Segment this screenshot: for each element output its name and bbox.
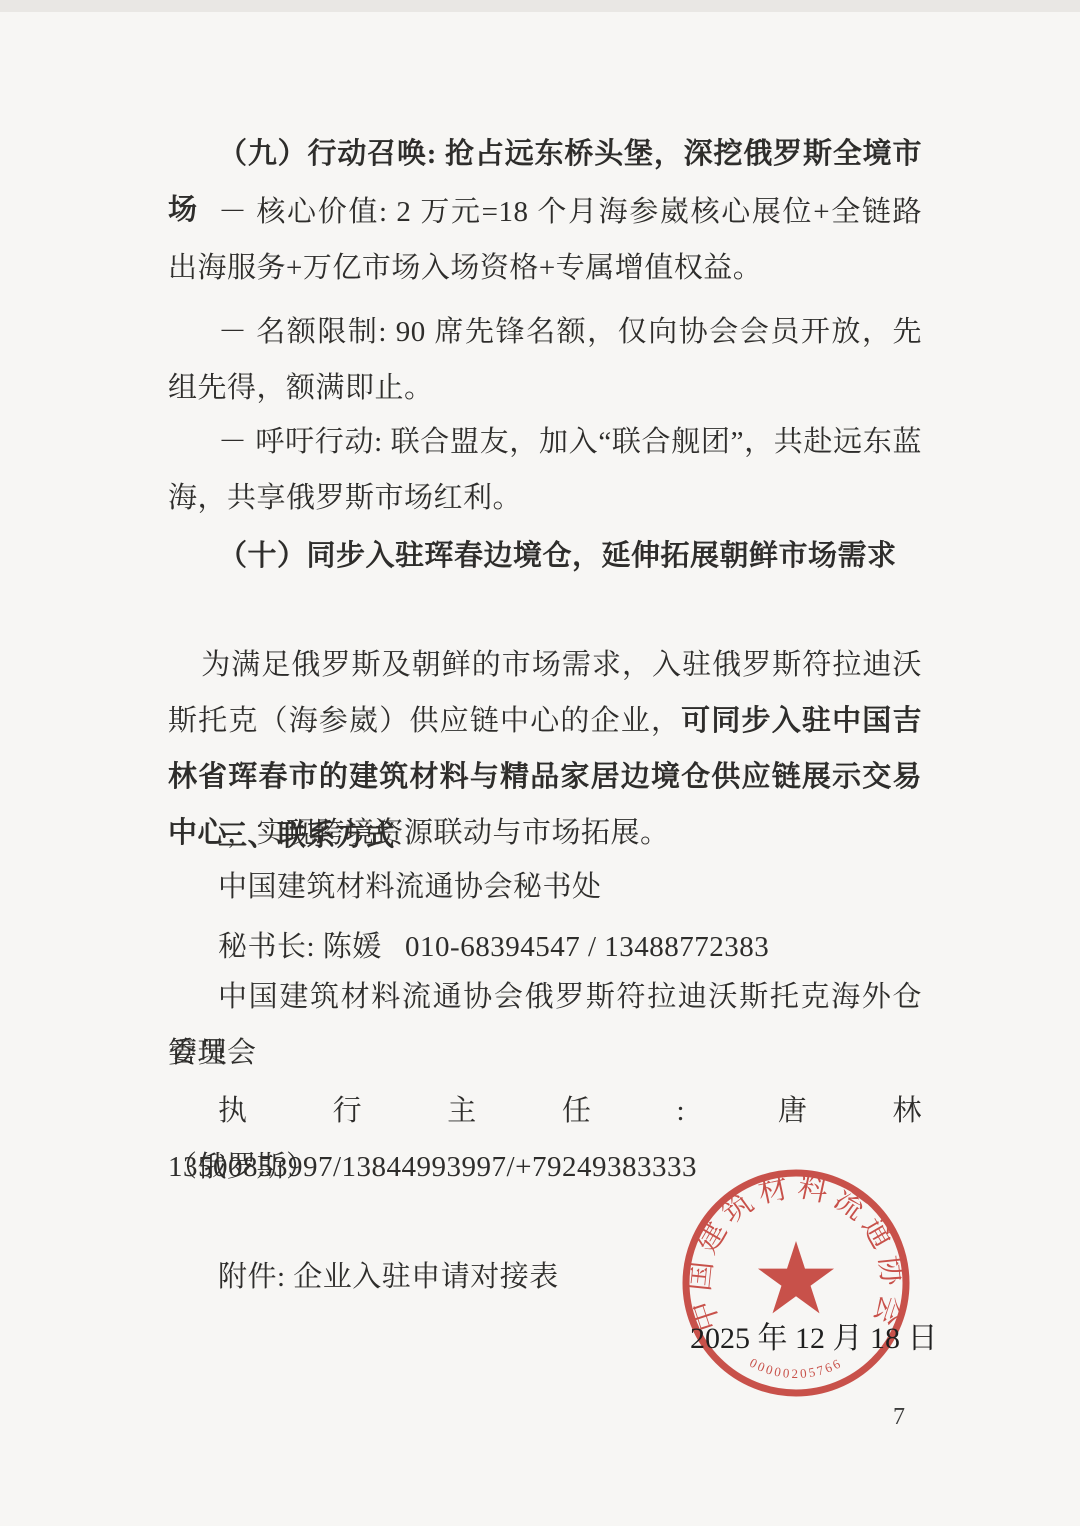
heading-section-10: （十）同步入驻珲春边境仓，延伸拓展朝鲜市场需求	[168, 528, 922, 584]
paragraph-quota-limit: － 名额限制: 90 席先锋名额，仅向协会会员开放，先组先得，额满即止。	[168, 304, 922, 416]
issue-date: 2025 年 12 月 18 日	[690, 1311, 938, 1367]
paragraph-core-value: － 核心价值: 2 万元=18 个月海参崴核心展位+全链路出海服务+万亿市场入场…	[168, 184, 922, 296]
document-page: （九）行动召唤: 抢占远东桥头堡，深挖俄罗斯全境市场 － 核心价值: 2 万元=…	[0, 0, 1080, 1526]
scan-top-edge-shadow	[0, 0, 1080, 12]
paragraph-call-to-action: － 呼吁行动: 联合盟友，加入“联合舰团”，共赴远东蓝海，共享俄罗斯市场红利。	[168, 414, 922, 526]
seal-star-icon	[758, 1241, 834, 1313]
heading-contact: 三、联系方式	[168, 808, 922, 864]
official-seal: 中国建筑材料流通协会 00000205766	[672, 1163, 920, 1403]
contact-committee-line2: 委员会	[168, 1025, 922, 1081]
contact-secretary-general: 秘书长: 陈媛 010-68394547 / 13488772383	[168, 919, 922, 975]
contact-secretariat: 中国建筑材料流通协会秘书处	[168, 859, 922, 915]
page-number: 7	[893, 1402, 905, 1432]
